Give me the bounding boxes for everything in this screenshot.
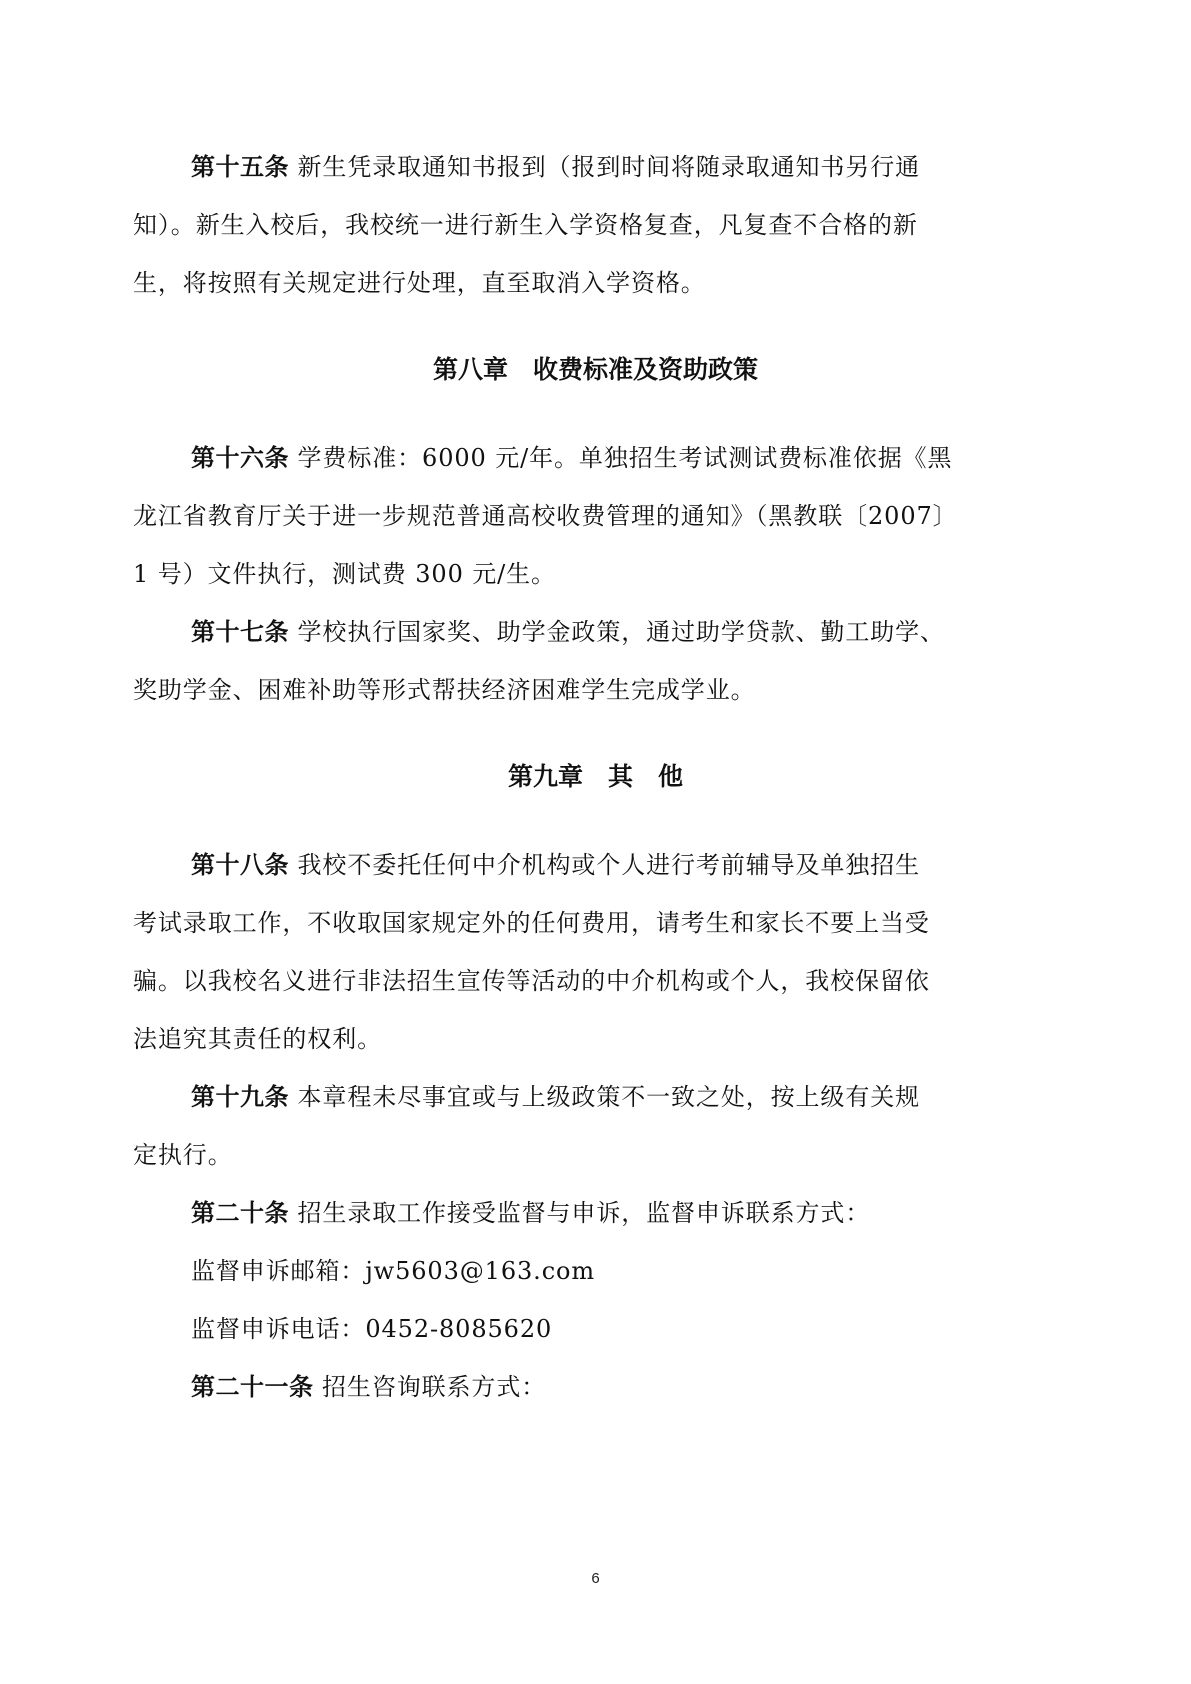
article-15-line-1: 第十五条 新生凭录取通知书报到（报到时间将随录取通知书另行通: [191, 152, 920, 182]
article-19-line-1: 第十九条 本章程未尽事宜或与上级政策不一致之处，按上级有关规: [191, 1082, 920, 1112]
article-18-line-2: 考试录取工作，不收取国家规定外的任何费用，请考生和家长不要上当受: [133, 908, 930, 938]
article-18-label: 第十八条: [191, 851, 289, 879]
complaint-phone-value: 0452-8085620: [365, 1315, 552, 1343]
article-20-line-1: 第二十条 招生录取工作接受监督与申诉，监督申诉联系方式：: [191, 1198, 870, 1228]
article-17-label: 第十七条: [191, 618, 289, 646]
article-21-label: 第二十一条: [191, 1373, 314, 1401]
article-21-line-1: 第二十一条 招生咨询联系方式：: [191, 1372, 546, 1402]
article-15-line-2: 知）。新生入校后，我校统一进行新生入学资格复查，凡复查不合格的新: [133, 210, 918, 240]
article-16-line-3: 1 号）文件执行，测试费 300 元/生。: [133, 559, 556, 589]
article-17-line-2: 奖助学金、困难补助等形式帮扶经济困难学生完成学业。: [133, 675, 756, 705]
document-page: 第十五条 新生凭录取通知书报到（报到时间将随录取通知书另行通 知）。新生入校后，…: [0, 0, 1191, 1684]
complaint-phone-label: 监督申诉电话：: [191, 1315, 365, 1343]
article-16-line-2: 龙江省教育厅关于进一步规范普通高校收费管理的通知》（黑教联〔2007〕: [133, 501, 958, 531]
article-19-line-2: 定执行。: [133, 1140, 233, 1170]
page-number: 6: [0, 1570, 1191, 1587]
article-16-line-1: 第十六条 学费标准：6000 元/年。单独招生考试测试费标准依据《黑: [191, 443, 952, 473]
complaint-phone-line: 监督申诉电话：0452-8085620: [191, 1314, 552, 1344]
article-17-text: 学校执行国家奖、助学金政策，通过助学贷款、勤工助学、: [298, 618, 945, 646]
article-19-label: 第十九条: [191, 1083, 289, 1111]
article-18-line-4: 法追究其责任的权利。: [133, 1024, 382, 1054]
article-18-text: 我校不委托任何中介机构或个人进行考前辅导及单独招生: [298, 851, 921, 879]
article-20-text: 招生录取工作接受监督与申诉，监督申诉联系方式：: [298, 1199, 871, 1227]
article-20-label: 第二十条: [191, 1199, 289, 1227]
article-19-text: 本章程未尽事宜或与上级政策不一致之处，按上级有关规: [298, 1083, 921, 1111]
complaint-email-label: 监督申诉邮箱：: [191, 1257, 365, 1285]
article-18-line-1: 第十八条 我校不委托任何中介机构或个人进行考前辅导及单独招生: [191, 850, 920, 880]
article-15-text: 新生凭录取通知书报到（报到时间将随录取通知书另行通: [298, 153, 921, 181]
article-21-text: 招生咨询联系方式：: [322, 1373, 546, 1401]
article-17-line-1: 第十七条 学校执行国家奖、助学金政策，通过助学贷款、勤工助学、: [191, 617, 945, 647]
article-16-text: 学费标准：6000 元/年。单独招生考试测试费标准依据《黑: [298, 444, 953, 472]
chapter-8-heading: 第八章 收费标准及资助政策: [0, 355, 1191, 385]
complaint-email-value[interactable]: jw5603@163.com: [365, 1257, 595, 1285]
complaint-email-line: 监督申诉邮箱：jw5603@163.com: [191, 1256, 595, 1286]
chapter-9-heading: 第九章 其 他: [0, 762, 1191, 792]
article-15-line-3: 生，将按照有关规定进行处理，直至取消入学资格。: [133, 268, 706, 298]
article-16-label: 第十六条: [191, 444, 289, 472]
article-18-line-3: 骗。以我校名义进行非法招生宣传等活动的中介机构或个人，我校保留依: [133, 966, 930, 996]
article-15-label: 第十五条: [191, 153, 289, 181]
